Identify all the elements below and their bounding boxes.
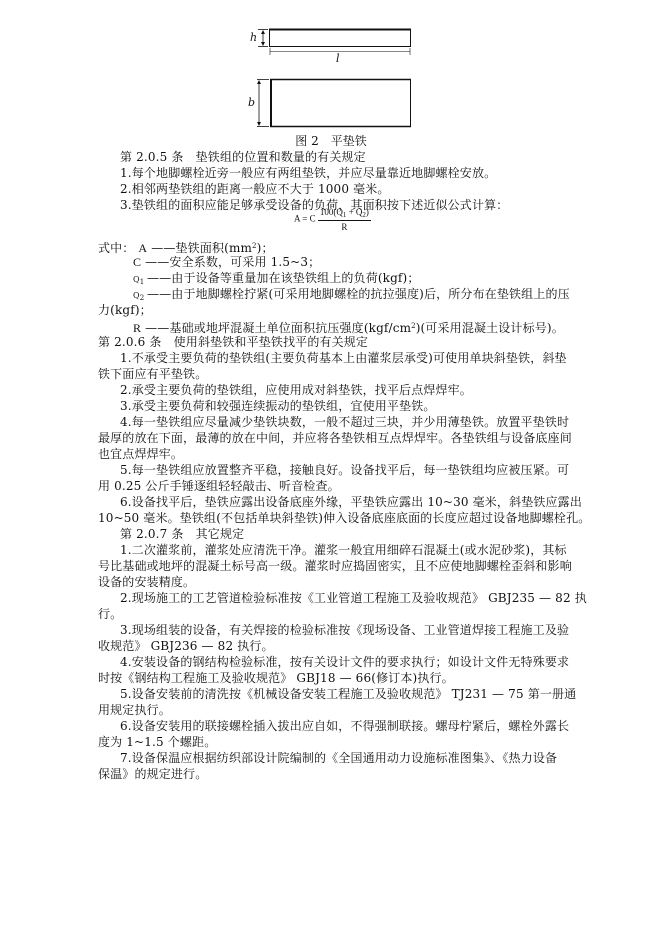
paragraph-line: 铁下面应有平垫铁。 [98, 366, 568, 382]
list-item: 2.相邻两垫铁组的距离一般应不大于 1000 毫米。 [120, 181, 590, 197]
shim-area-formula: A = C 100(Q1 + Q2) R [294, 207, 371, 232]
paragraph-line: 设备的安装精度。 [98, 574, 568, 590]
section-heading-2-0-5: 第 2.0.5 条 垫铁组的位置和数量的有关规定 [120, 149, 590, 165]
paragraph-line: 号比基础或地坪的混凝土标号高一级。灌浆时应捣固密实，且不应使地脚螺栓歪斜和影响 [98, 558, 568, 574]
paragraph-line: 6.设备安装用的联接螺栓插入拔出应自如，不得强制联接。螺母柠紧后，螺栓外露长 [120, 718, 590, 734]
paragraph-line: 2.承受主要负荷的垫铁组，应使用成对斜垫铁，找平后点焊焊牢。 [120, 382, 590, 398]
height-dimension-label: h [250, 31, 257, 44]
figure-flat-shim: h l b 图 2 平垫铁 [0, 0, 662, 150]
formula-numerator: 100(Q1 + Q2) [318, 207, 371, 221]
paragraph-line: 6.设备找平后，垫铁应露出设备底座外缘，平垫铁应露出 10~30 毫米，斜垫铁应… [120, 494, 590, 510]
length-dimension-label: l [336, 52, 340, 65]
paragraph-line: 4.安装设备的钢结构检验标准，按有关设计文件的要求执行；如设计文件无特殊要求 [120, 654, 590, 670]
section-heading-2-0-6: 第 2.0.6 条 使用斜垫铁和平垫铁找平的有关规定 [98, 334, 568, 350]
paragraph-line: 1.二次灌浆前，灌浆处应清洗干净。灌浆一般宜用细碎石混凝土(或水泥砂浆)，其标 [120, 542, 590, 558]
paragraph-line: 3.现场组装的设备，有关焊接的检验标准按《现场设备、工业管道焊接工程施工及验 [120, 622, 590, 638]
paragraph-line: 收规范》 GBJ236 — 82 执行。 [98, 638, 568, 654]
where-line-C: C ——安全系数，可采用 1.5~3； [133, 254, 603, 270]
paragraph-line: 时按《钢结构工程施工及验收规范》 GBJ18 — 66(修订本)执行。 [98, 670, 568, 686]
list-item: 1.每个地脚螺栓近旁一般应有两组垫铁，并应尽量靠近地脚螺栓安放。 [120, 165, 590, 181]
paragraph-line: 4.每一垫铁组应尽量减少垫铁块数，一般不超过三块，并少用薄垫铁。放置平垫铁时 [120, 414, 590, 430]
paragraph-line: 用规定执行。 [98, 702, 568, 718]
formula-fraction: 100(Q1 + Q2) R [318, 207, 371, 232]
paragraph-line: 行。 [98, 606, 568, 622]
formula-denominator: R [318, 221, 371, 232]
flat-shim-diagram [0, 0, 662, 150]
section-heading-2-0-7: 第 2.0.7 条 其它规定 [120, 526, 590, 542]
where-line-Q2-cont: 力(kgf)； [98, 302, 568, 318]
paragraph-line: 度为 1~1.5 个螺距。 [98, 734, 568, 750]
paragraph-line: 2.现场施工的工艺管道检验标准按《工业管道工程施工及验收规范》 GBJ235 —… [120, 590, 590, 606]
formula-lhs: A = C [294, 214, 316, 224]
paragraph-line: 最厚的放在下面，最薄的放在中间，并应将各垫铁相互点焊焊牢。各垫铁组与设备底座间 [98, 430, 568, 446]
paragraph-line: 1.不承受主要负荷的垫铁组(主要负荷基本上由灌浆层承受)可使用单块斜垫铁，斜垫 [120, 350, 590, 366]
paragraph-line: 3.承受主要负荷和较强连续振动的垫铁组，宜使用平垫铁。 [120, 398, 590, 414]
paragraph-line: 5.每一垫铁组应放置整齐平稳，接触良好。设备找平后，每一垫铁组均应被压紧。可 [120, 462, 590, 478]
paragraph-line: 7.设备保温应根据纺织部设计院编制的《全国通用动力设施标准图集》、《热力设备 [120, 750, 590, 766]
paragraph-line: 也宜点焊焊牢。 [98, 446, 568, 462]
figure-caption: 图 2 平垫铁 [0, 132, 662, 149]
width-dimension-label: b [248, 96, 255, 109]
paragraph-line: 5.设备安装前的清洗按《机械设备安装工程施工及验收规范》 TJ231 — 75 … [120, 686, 590, 702]
paragraph-line: 保温》的规定进行。 [98, 766, 568, 782]
paragraph-line: 用 0.25 公斤手锤逐组轻轻敲击、听音检查。 [98, 478, 568, 494]
paragraph-line: 10~50 毫米。垫铁组(不包括单块斜垫铁)伸入设备底座底面的长度应超过设备地脚… [98, 510, 568, 526]
